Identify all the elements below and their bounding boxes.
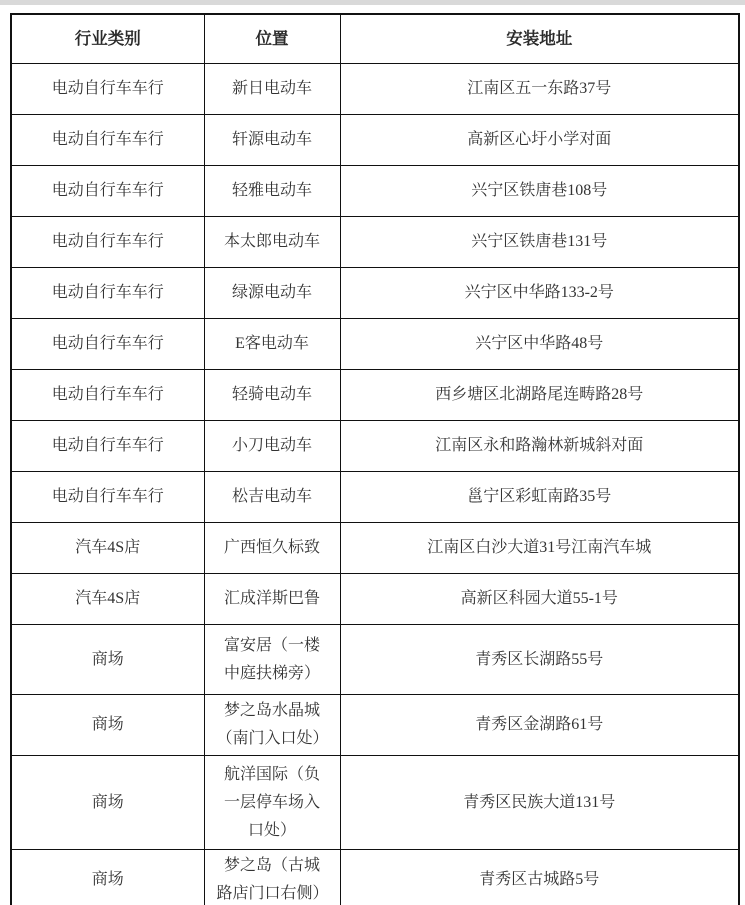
top-edge-strip <box>0 0 745 5</box>
table-row: 电动自行车车行 绿源电动车 兴宁区中华路133-2号 <box>11 268 739 319</box>
cell-installation-address: 青秀区金湖路61号 <box>340 695 739 756</box>
cell-industry-category: 电动自行车车行 <box>11 115 204 166</box>
table-row: 电动自行车车行 本太郎电动车 兴宁区铁唐巷131号 <box>11 217 739 268</box>
table-row: 电动自行车车行 轩源电动车 高新区心圩小学对面 <box>11 115 739 166</box>
cell-location: 本太郎电动车 <box>204 217 340 268</box>
cell-industry-category: 电动自行车车行 <box>11 217 204 268</box>
cell-installation-address: 江南区白沙大道31号江南汽车城 <box>340 523 739 574</box>
column-header-location: 位置 <box>204 14 340 64</box>
table-row: 电动自行车车行 小刀电动车 江南区永和路瀚林新城斜对面 <box>11 421 739 472</box>
cell-installation-address: 兴宁区中华路48号 <box>340 319 739 370</box>
cell-industry-category: 电动自行车车行 <box>11 319 204 370</box>
cell-installation-address: 高新区科园大道55-1号 <box>340 574 739 625</box>
installation-locations-table: 行业类别 位置 安装地址 电动自行车车行 新日电动车 江南区五一东路37号 电动… <box>10 13 740 905</box>
page: 行业类别 位置 安装地址 电动自行车车行 新日电动车 江南区五一东路37号 电动… <box>0 0 745 905</box>
table-row: 电动自行车车行 轻雅电动车 兴宁区铁唐巷108号 <box>11 166 739 217</box>
cell-industry-category: 汽车4S店 <box>11 574 204 625</box>
table-row: 商场 梦之岛（古城路店门口右侧） 青秀区古城路5号 <box>11 850 739 905</box>
cell-installation-address: 兴宁区铁唐巷131号 <box>340 217 739 268</box>
cell-industry-category: 电动自行车车行 <box>11 370 204 421</box>
cell-installation-address: 江南区五一东路37号 <box>340 64 739 115</box>
cell-location: 梦之岛水晶城（南门入口处） <box>204 695 340 756</box>
cell-location: 轻雅电动车 <box>204 166 340 217</box>
cell-location: 松吉电动车 <box>204 472 340 523</box>
cell-installation-address: 青秀区长湖路55号 <box>340 625 739 695</box>
table-row: 电动自行车车行 松吉电动车 邕宁区彩虹南路35号 <box>11 472 739 523</box>
cell-industry-category: 汽车4S店 <box>11 523 204 574</box>
cell-installation-address: 邕宁区彩虹南路35号 <box>340 472 739 523</box>
cell-installation-address: 兴宁区中华路133-2号 <box>340 268 739 319</box>
cell-installation-address: 青秀区古城路5号 <box>340 850 739 905</box>
table-row: 商场 富安居（一楼中庭扶梯旁） 青秀区长湖路55号 <box>11 625 739 695</box>
cell-industry-category: 商场 <box>11 756 204 850</box>
header-row: 行业类别 位置 安装地址 <box>11 14 739 64</box>
cell-industry-category: 电动自行车车行 <box>11 472 204 523</box>
cell-location: 汇成洋斯巴鲁 <box>204 574 340 625</box>
cell-location: 广西恒久标致 <box>204 523 340 574</box>
cell-location: 航洋国际（负一层停车场入口处） <box>204 756 340 850</box>
cell-location: 小刀电动车 <box>204 421 340 472</box>
cell-location: E客电动车 <box>204 319 340 370</box>
cell-industry-category: 电动自行车车行 <box>11 421 204 472</box>
cell-location: 绿源电动车 <box>204 268 340 319</box>
column-header-installation-address: 安装地址 <box>340 14 739 64</box>
cell-location: 轩源电动车 <box>204 115 340 166</box>
table-row: 电动自行车车行 轻骑电动车 西乡塘区北湖路尾连畴路28号 <box>11 370 739 421</box>
cell-location: 富安居（一楼中庭扶梯旁） <box>204 625 340 695</box>
cell-installation-address: 西乡塘区北湖路尾连畴路28号 <box>340 370 739 421</box>
cell-installation-address: 高新区心圩小学对面 <box>340 115 739 166</box>
cell-location: 新日电动车 <box>204 64 340 115</box>
cell-location: 轻骑电动车 <box>204 370 340 421</box>
cell-installation-address: 青秀区民族大道131号 <box>340 756 739 850</box>
column-header-industry-category: 行业类别 <box>11 14 204 64</box>
cell-industry-category: 商场 <box>11 850 204 905</box>
table-row: 电动自行车车行 新日电动车 江南区五一东路37号 <box>11 64 739 115</box>
cell-industry-category: 商场 <box>11 625 204 695</box>
cell-installation-address: 江南区永和路瀚林新城斜对面 <box>340 421 739 472</box>
table-row: 汽车4S店 汇成洋斯巴鲁 高新区科园大道55-1号 <box>11 574 739 625</box>
cell-installation-address: 兴宁区铁唐巷108号 <box>340 166 739 217</box>
table-row: 商场 航洋国际（负一层停车场入口处） 青秀区民族大道131号 <box>11 756 739 850</box>
cell-location: 梦之岛（古城路店门口右侧） <box>204 850 340 905</box>
cell-industry-category: 电动自行车车行 <box>11 64 204 115</box>
table-row: 电动自行车车行 E客电动车 兴宁区中华路48号 <box>11 319 739 370</box>
cell-industry-category: 电动自行车车行 <box>11 268 204 319</box>
table-row: 商场 梦之岛水晶城（南门入口处） 青秀区金湖路61号 <box>11 695 739 756</box>
table-row: 汽车4S店 广西恒久标致 江南区白沙大道31号江南汽车城 <box>11 523 739 574</box>
cell-industry-category: 商场 <box>11 695 204 756</box>
cell-industry-category: 电动自行车车行 <box>11 166 204 217</box>
